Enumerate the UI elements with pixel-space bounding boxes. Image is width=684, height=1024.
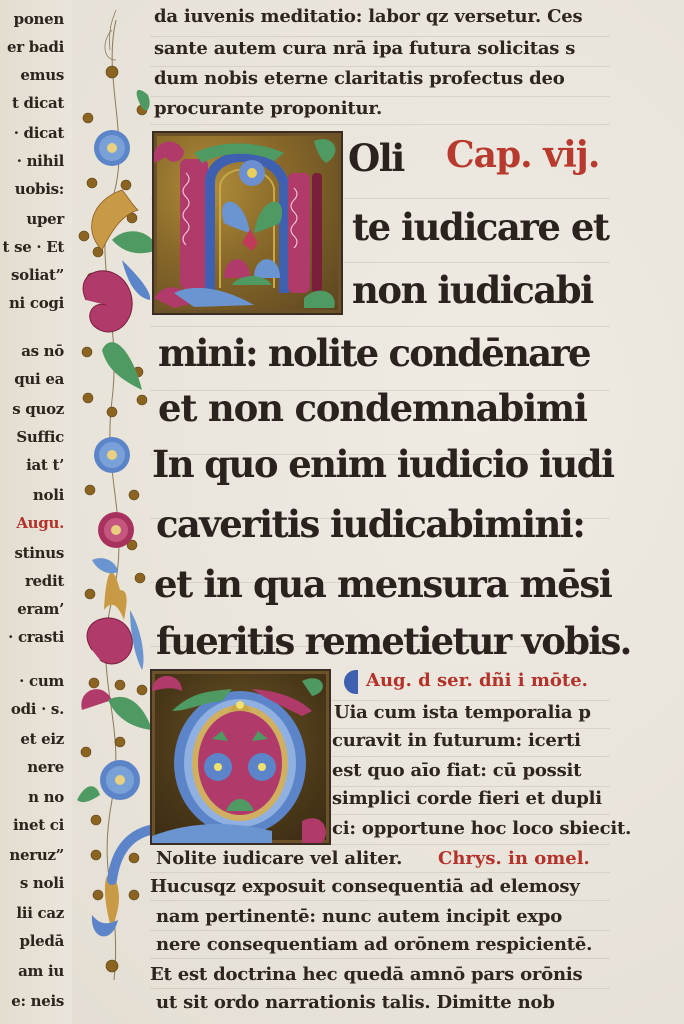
text-line: non iudicabi [352,268,593,312]
left-line: Suffic [16,428,64,446]
left-line: ponen [14,10,64,28]
left-line: et eiz [20,730,64,748]
left-line: odi · s. [11,700,64,718]
left-line: er badi [7,38,64,56]
manuscript-page: ponen er badi emus t dicat · dicat · nih… [0,0,684,1024]
floral-border-decoration [72,0,160,1024]
left-line: uobis: [15,180,64,198]
text-line: da iuvenis meditatio: labor qz versetur.… [154,6,582,27]
left-line: noli [33,486,64,504]
left-line: · dicat [14,124,64,142]
text-line: simplici corde fieri et dupli [332,788,602,809]
left-text-column: ponen er badi emus t dicat · dicat · nih… [0,0,72,1024]
left-line: n no [28,788,64,806]
text-line: Hucusqz exposuit consequentiā ad elemosy [150,876,580,897]
left-line: t dicat [12,94,64,112]
text-line: et non condemnabimi [158,386,587,430]
text-line: In quo enim iudicio iudi [152,442,613,486]
gloss-rubric-augustine: Aug. d ser. dñi i mōte. [366,670,588,691]
blue-paraph-mark-icon [344,670,358,694]
text-line: curavit in futurum: icerti [332,730,581,751]
left-line: pledā [20,932,64,950]
text-line: mini: nolite condēnare [158,331,590,375]
text-line: nam pertinentē: nunc autem incipit expo [156,906,562,927]
chapter-rubric: Cap. vij. [446,134,599,176]
text-line: ut sit ordo narrationis talis. Dimitte n… [156,992,555,1013]
left-line: s noli [20,874,64,892]
text-line: Nolite iudicare vel aliter. [156,848,402,869]
blue-flower-icon [94,130,130,166]
text-line: sante autem cura nrā ipa futura solicita… [154,38,575,59]
left-line: · nihil [17,152,64,170]
text-line: caveritis iudicabimini: [156,502,584,546]
left-rubric: Augu. [16,514,64,532]
left-line: eram’ [17,600,64,618]
left-line: lii caz [16,904,64,922]
illuminated-initial-n [152,131,343,315]
left-line: emus [20,66,64,84]
left-line: neruz” [9,846,64,864]
text-line: est quo aīo fiat: cū possit [332,760,581,781]
text-line: te iudicare et [352,205,608,249]
left-line: · cum [19,672,64,690]
left-line: iat t’ [26,456,64,474]
text-line: nere consequentiam ad orōnem respicientē… [156,934,592,955]
text-line: Uia cum ista temporalia p [334,702,591,723]
text-line: procurante proponitur. [154,98,382,119]
left-line: as nō [21,342,64,360]
left-line: ni cogi [9,294,64,312]
text-line: ci: opportune hoc loco sbiecit. [332,818,631,839]
left-line: am iu [18,962,64,980]
left-line: s quoz [12,400,64,418]
text-line: fueritis remetietur vobis. [156,619,631,663]
text-line: dum nobis eterne claritatis profectus de… [154,68,565,89]
left-line: uper [26,210,64,228]
left-line: nere [27,758,64,776]
text-line: Et est doctrina hec quedā amnō pars orōn… [150,964,582,985]
gloss-rubric-chrysostom: Chrys. in omel. [438,848,590,869]
left-line: stinus [14,544,64,562]
text-line: et in qua mensura mēsi [154,562,611,606]
chapter-heading-text: Oli [348,136,404,180]
left-line: · crasti [8,628,64,646]
left-line: e: neis [11,992,64,1010]
left-line: redit [25,572,64,590]
left-line: soliat” [11,266,64,284]
left-line: inet ci [13,816,64,834]
left-line: t se · Et [3,238,64,256]
illuminated-initial-q [150,669,331,845]
left-line: qui ea [14,370,64,388]
